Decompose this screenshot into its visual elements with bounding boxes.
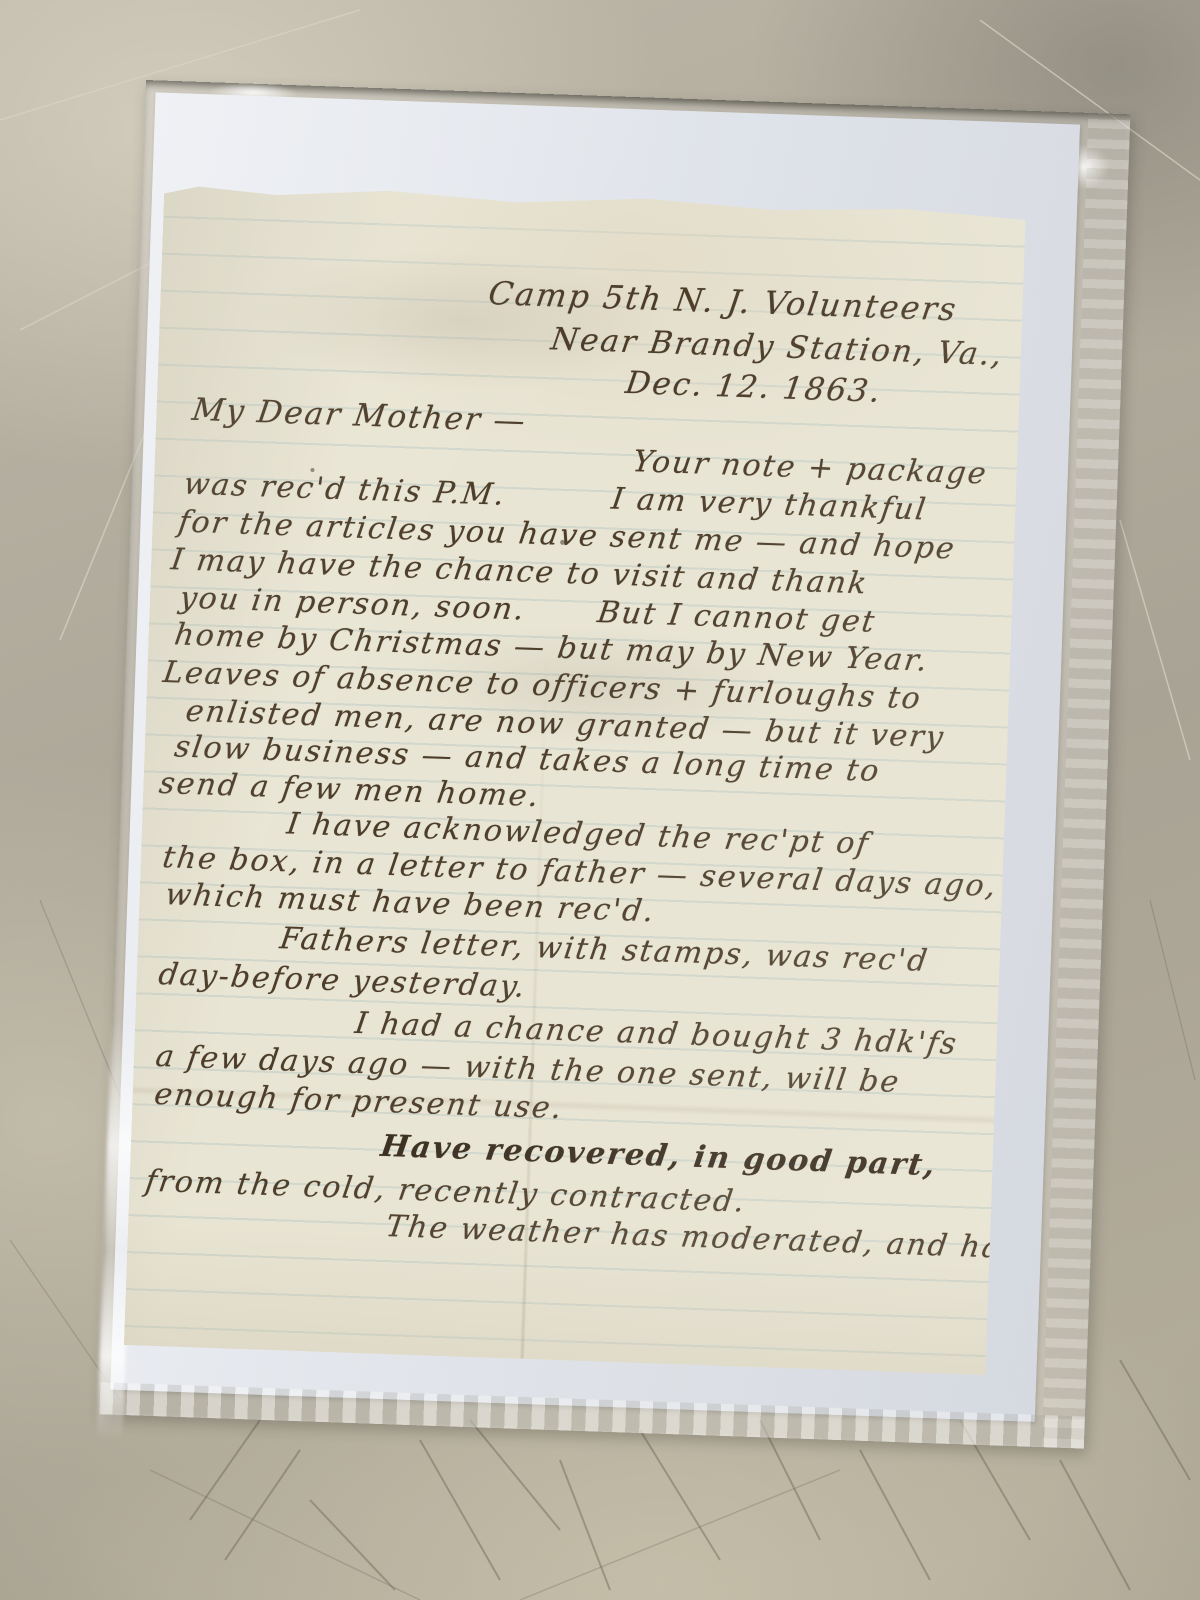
letter-line: Camp 5th N. J. Volunteers	[486, 274, 960, 328]
letter-text-layer: Camp 5th N. J. VolunteersNear Brandy Sta…	[124, 181, 1026, 1375]
letter-line: Dec. 12. 1863.	[623, 365, 884, 410]
letter-line: Near Brandy Station, Va.,	[549, 321, 1006, 373]
letter-line: day-before yesterday.	[156, 957, 528, 1005]
photo-of-letter: { "colors": { "ink": "#4b3c28", "ink_dar…	[0, 0, 1200, 1600]
letter-page: Camp 5th N. J. VolunteersNear Brandy Sta…	[124, 181, 1026, 1375]
plastic-sleeve: Camp 5th N. J. VolunteersNear Brandy Sta…	[99, 80, 1130, 1449]
letter-line: My Dear Mother —	[190, 392, 529, 440]
